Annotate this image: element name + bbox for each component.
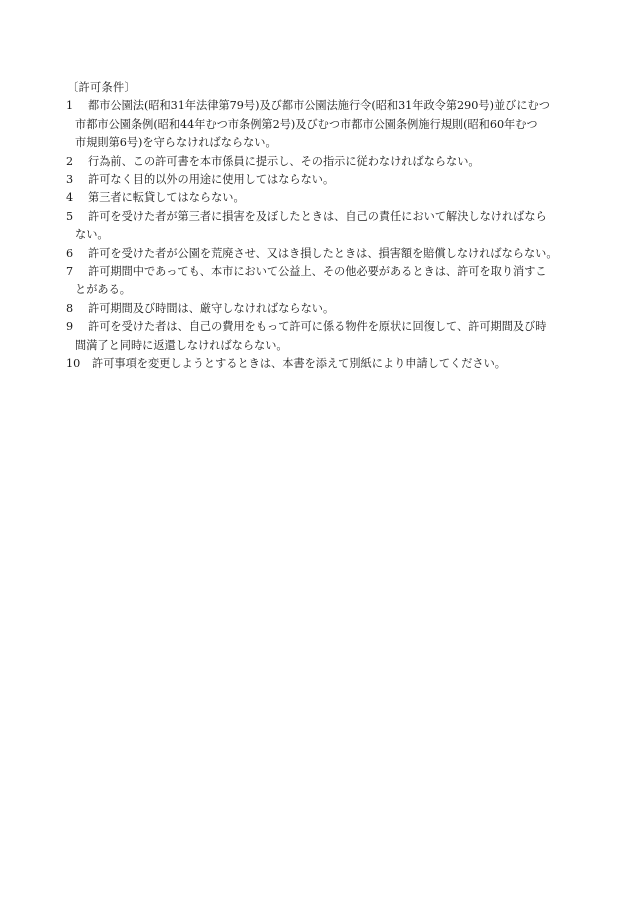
item-number: 7 <box>66 263 73 281</box>
section-heading: 〔許可条件〕 <box>67 79 566 97</box>
item-number: 6 <box>66 245 73 263</box>
condition-item-3: 3 許可なく目的以外の用途に使用してはならない。 <box>66 171 566 189</box>
condition-item-2: 2 行為前、この許可書を本市係員に提示し、その指示に従わなければならない。 <box>66 153 566 171</box>
item-text-line: 第三者に転貸してはならない。 <box>88 189 566 207</box>
item-text-line: ない。 <box>75 226 566 244</box>
condition-item-5: 5 許可を受けた者が第三者に損害を及ぼしたときは、自己の責任において解決しなけれ… <box>66 208 566 245</box>
item-text-line: 許可期間中であっても、本市において公益上、その他必要があるときは、許可を取り消す… <box>88 263 566 281</box>
item-number: 10 <box>66 355 80 373</box>
item-text-line: 許可なく目的以外の用途に使用してはならない。 <box>88 171 566 189</box>
condition-item-6: 6 許可を受けた者が公園を荒廃させ、又はき損したときは、損害額を賠償しなければな… <box>66 245 566 263</box>
item-text-line: 行為前、この許可書を本市係員に提示し、その指示に従わなければならない。 <box>88 153 566 171</box>
item-number: 5 <box>66 208 73 226</box>
condition-item-9: 9 許可を受けた者は、自己の費用をもって許可に係る物件を原状に回復して、許可期間… <box>66 318 566 355</box>
item-text-line: 間満了と同時に返還しなければならない。 <box>75 337 566 355</box>
condition-item-7: 7 許可期間中であっても、本市において公益上、その他必要があるときは、許可を取り… <box>66 263 566 300</box>
item-text-line: 都市公園法(昭和31年法律第79号)及び都市公園法施行令(昭和31年政令第290… <box>88 97 566 115</box>
item-number: 3 <box>66 171 73 189</box>
condition-item-4: 4 第三者に転貸してはならない。 <box>66 189 566 207</box>
item-text-line: とがある。 <box>75 281 566 299</box>
item-number: 8 <box>66 300 73 318</box>
item-text-line: 許可を受けた者は、自己の費用をもって許可に係る物件を原状に回復して、許可期間及び… <box>88 318 566 336</box>
condition-item-1: 1 都市公園法(昭和31年法律第79号)及び都市公園法施行令(昭和31年政令第2… <box>66 97 566 152</box>
item-text-line: 市都市公園条例(昭和44年むつ市条例第2号)及びむつ市都市公園条例施行規則(昭和… <box>75 116 566 134</box>
item-number: 4 <box>66 189 73 207</box>
condition-item-8: 8 許可期間及び時間は、厳守しなければならない。 <box>66 300 566 318</box>
item-text-line: 許可事項を変更しようとするときは、本書を添えて別紙により申請してください。 <box>92 355 566 373</box>
item-text-line: 許可を受けた者が公園を荒廃させ、又はき損したときは、損害額を賠償しなければならな… <box>88 245 566 263</box>
condition-item-10: 10 許可事項を変更しようとするときは、本書を添えて別紙により申請してください。 <box>66 355 566 373</box>
item-text-line: 許可を受けた者が第三者に損害を及ぼしたときは、自己の責任において解決しなければな… <box>88 208 566 226</box>
item-number: 1 <box>66 97 73 115</box>
item-text-line: 許可期間及び時間は、厳守しなければならない。 <box>88 300 566 318</box>
item-text-line: 市規則第6号)を守らなければならない。 <box>75 134 566 152</box>
item-number: 2 <box>66 153 73 171</box>
permit-conditions-document: 〔許可条件〕 1 都市公園法(昭和31年法律第79号)及び都市公園法施行令(昭和… <box>66 79 566 374</box>
item-number: 9 <box>66 318 73 336</box>
